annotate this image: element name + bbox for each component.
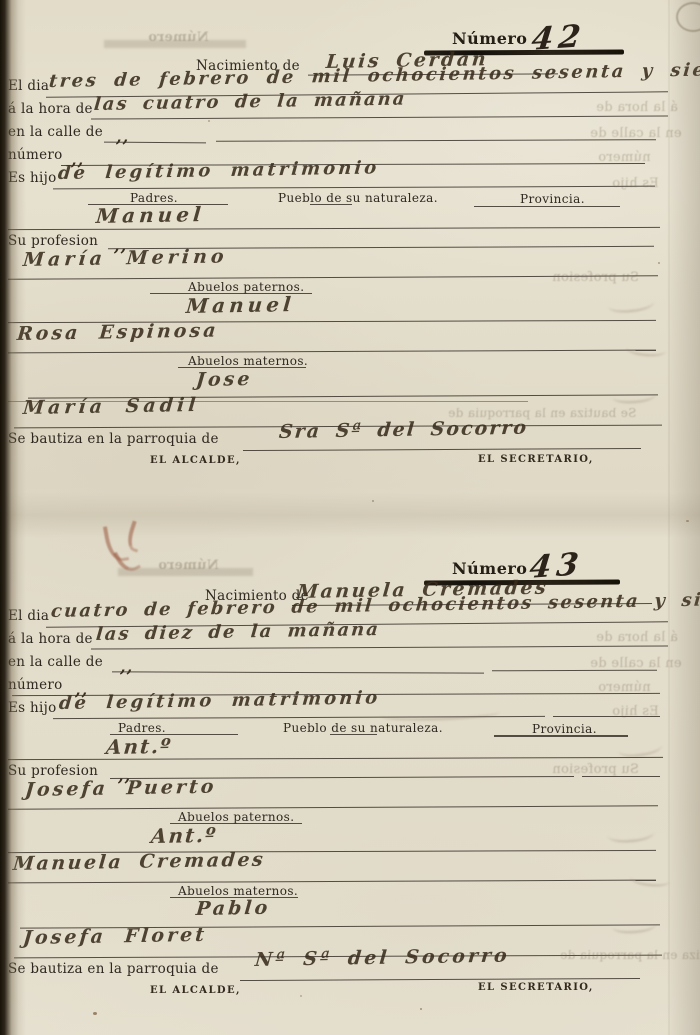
es-hijo-value-handwritten: de legítimo matrimonio (57, 157, 380, 184)
abuela-materna-handwritten: Josefa Floret (22, 924, 208, 949)
es-hijo-value-handwritten: de legítimo matrimonio (58, 687, 381, 714)
provincia-header: Provincia. (520, 192, 585, 206)
abuelo-paterno-handwritten: Manuel (185, 292, 296, 318)
bleed-numero-text: Número (148, 30, 209, 45)
abuelos-paternos-header: Abuelos paternos. (178, 810, 294, 824)
paper-speck (93, 1012, 97, 1015)
abuelos-maternos-header: Abuelos maternos. (178, 884, 298, 898)
provincia-header: Provincia. (532, 722, 597, 736)
abuela-paterna-handwritten: Rosa Espinosa (16, 319, 220, 345)
parroquia-label: Se bautiza en la parroquia de (8, 431, 219, 447)
alcalde-label: EL ALCALDE, (150, 985, 241, 996)
abuelo-paterno-handwritten: Ant.º (150, 823, 218, 848)
es-hijo-line (53, 186, 655, 190)
abuelo-materno-handwritten: Pablo (195, 897, 271, 920)
padre-handwritten: Ant.º (105, 734, 173, 759)
pueblo-header: Pueblo de su naturaleza. (283, 721, 443, 735)
hora-value-handwritten: las cuatro de la mañana (93, 89, 407, 115)
calle-line-a (112, 671, 484, 674)
paper-speck (300, 995, 302, 997)
hora-value-handwritten: las diez de la mañana (95, 619, 381, 645)
paper-speck (372, 500, 374, 502)
numero-label: Número (452, 559, 527, 578)
abuela-paterna-line (8, 350, 656, 354)
padre-handwritten: Manuel (95, 202, 206, 228)
padres-header: Padres. (118, 721, 166, 735)
parroquia-value-handwritten: Sra Sª del Socorro (278, 417, 529, 443)
bleed-parroquia: Se bautiza en la parroquia de (448, 406, 636, 420)
provincia-underline (474, 206, 620, 207)
hora-line (91, 115, 668, 119)
madre-line (8, 805, 658, 810)
bleed-numero-calle: número (598, 680, 651, 695)
parroquia-value-handwritten: Nª Sª del Socorro (254, 945, 511, 971)
abuela-paterna-handwritten: Manuela Cremades (12, 849, 266, 875)
bleed-es-hijo: Es hijo (612, 176, 659, 191)
pueblo-underline (310, 204, 352, 205)
pueblo-header: Pueblo de su naturaleza. (278, 191, 438, 205)
alcalde-label: EL ALCALDE, (150, 455, 241, 466)
madre-handwritten: María Merino (22, 245, 229, 271)
madre-handwritten: Josefa Puerto (24, 776, 217, 801)
numero-label: Número (452, 29, 527, 48)
pueblo-underline (330, 734, 377, 735)
secretario-label: EL SECRETARIO, (478, 454, 594, 465)
hora-line (91, 645, 668, 649)
right-edge-shadow (666, 0, 700, 1035)
abuela-paterna-line (8, 880, 656, 884)
paper-speck (658, 262, 660, 264)
bleed-profesion: Su profesion (552, 270, 639, 285)
paper-speck (420, 1008, 422, 1010)
provincia-underline (494, 735, 628, 737)
abuelos-maternos-header: Abuelos maternos. (188, 354, 308, 368)
birth-record-42: Número Número 42 Nacimiento de Luis Cerd… (0, 28, 700, 498)
parroquia-line (243, 448, 641, 451)
paper-speck (208, 120, 210, 122)
abuela-materna-handwritten: María Sadil (22, 394, 200, 419)
bleed-numero-calle: número (598, 150, 651, 165)
binding-edge (0, 0, 26, 1035)
scanned-register-page: Número Número 42 Nacimiento de Luis Cerd… (0, 0, 700, 1035)
parroquia-label: Se bautiza en la parroquia de (8, 961, 219, 977)
bleed-profesion: Su profesion (552, 762, 639, 777)
calle-ditto-mark: ,, (120, 657, 133, 676)
abuelo-materno-handwritten: Jose (195, 368, 253, 391)
bleed-numero-text: Número (158, 558, 219, 573)
bleed-es-hijo: Es hijo (612, 704, 659, 719)
secretario-label: EL SECRETARIO, (478, 982, 594, 993)
parroquia-line (240, 978, 640, 981)
